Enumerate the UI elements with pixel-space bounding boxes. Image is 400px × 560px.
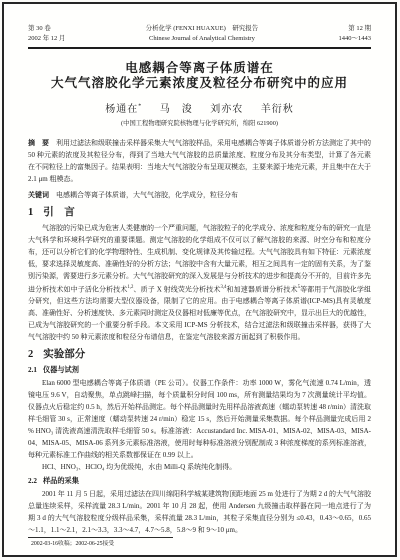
abstract-text: 利用过滤法和级联撞击采样器采集大气气溶胶样品，采用电感耦合等离子体质谱分析方法测… [28,139,371,183]
scanned-page: 第 30 卷 2002 年 12 月 分析化学 (FENXI HUAXUE) 研… [2,2,397,557]
section-2-1-title: 仪器与试剂 [43,366,79,374]
keywords-label: 关键词 [28,191,49,199]
journal-volume: 第 30 卷 [28,24,65,34]
intro-text-3: 和加速器质谱分析技术 [226,285,297,293]
section-1-number: 1 [28,207,33,218]
author: 杨通在* [105,104,142,115]
section-2-2-paragraph: 2001 年 11 月 5 日起，采用过滤法在四川绵阳科学城某建筑物顶距地面 2… [28,488,371,536]
journal-name-cn: 分析化学 (FENXI HUAXUE) 研究报告 [146,24,259,34]
article-title-line2: 大气气溶胶化学元素浓度及粒径分布研究中的应用 [28,76,371,91]
section-2-2-heading: 2.2样品的采集 [28,476,371,487]
journal-issue: 第 12 期 [338,24,371,34]
journal-date: 2002 年 12 月 [28,34,65,44]
section-1-title: 引 言 [43,207,75,218]
section-2-2-title: 样品的采集 [43,477,79,485]
journal-pages: 1440～1443 [338,34,371,44]
author: 刘亦农 [210,104,243,115]
author-name: 刘亦农 [210,104,243,115]
section-2-1-paragraph-2: HCl、HNO₃、HClO₄ 均为优级纯，水由 Milli-Q 系统纯化制得。 [28,461,371,473]
intro-text-1: 气溶胶的污染已成为危害人类健康的一个严重问题，气溶胶粒子的化学成分、浓度和粒度分… [28,224,371,293]
section-2-title: 实验部分 [43,349,85,360]
section-1-heading: 1引 言 [28,206,371,220]
journal-header-right: 第 12 期 1440～1443 [338,24,371,44]
footnote-separator [28,537,173,538]
author: 马 浚 [160,104,193,115]
author-name: 马 浚 [160,104,193,115]
section-2-1-heading: 2.1仪器与试剂 [28,365,371,376]
abstract-label: 摘 要 [28,139,49,147]
author-list: 杨通在* 马 浚 刘亦农 羊衍秋 [28,100,371,115]
section-2-1-number: 2.1 [28,366,37,374]
affiliation: (中国工程物理研究院核物理与化学研究所，绵阳 621900) [28,118,371,127]
keywords: 关键词电感耦合等离子体质谱，大气气溶胶，化学成分，粒径分布 [28,189,371,201]
received-accepted-dates: 2002-03-16收稿；2002-06-25接受 [31,540,371,548]
keywords-text: 电感耦合等离子体质谱，大气气溶胶，化学成分，粒径分布 [56,191,238,199]
section-1-paragraph: 气溶胶的污染已成为危害人类健康的一个严重问题，气溶胶粒子的化学成分、浓度和粒度分… [28,222,371,343]
article-title-line1: 电感耦合等离子体质谱在 [28,61,371,76]
section-2-number: 2 [28,349,33,360]
author-name: 杨通在 [105,104,138,115]
section-2-1-paragraph-1: Elan 6000 型电感耦合等离子体质谱（PE 公司）。仪器工作条件：功率 1… [28,377,371,461]
journal-header-left: 第 30 卷 2002 年 12 月 [28,24,65,44]
intro-text-4: 等都用于气溶胶化学组分研究，但这些方法均需要大型仪器设备，限制了它的应用。由于电… [28,285,371,341]
intro-text-2: 、质子 X 射线荧光分析技术 [133,285,220,293]
author-mark: * [138,104,142,110]
abstract: 摘 要利用过滤法和级联撞击采样器采集大气气溶胶样品，采用电感耦合等离子体质谱分析… [28,137,371,185]
article-title: 电感耦合等离子体质谱在 大气气溶胶化学元素浓度及粒径分布研究中的应用 [28,61,371,91]
journal-header: 第 30 卷 2002 年 12 月 分析化学 (FENXI HUAXUE) 研… [28,24,371,49]
section-2-2-number: 2.2 [28,477,37,485]
author: 羊衍秋 [261,104,294,115]
author-name: 羊衍秋 [261,104,294,115]
journal-header-center: 分析化学 (FENXI HUAXUE) 研究报告 Chinese Journal… [146,24,259,44]
journal-name-en: Chinese Journal of Analytical Chemistry [146,34,259,44]
section-2-heading: 2实验部分 [28,348,371,362]
